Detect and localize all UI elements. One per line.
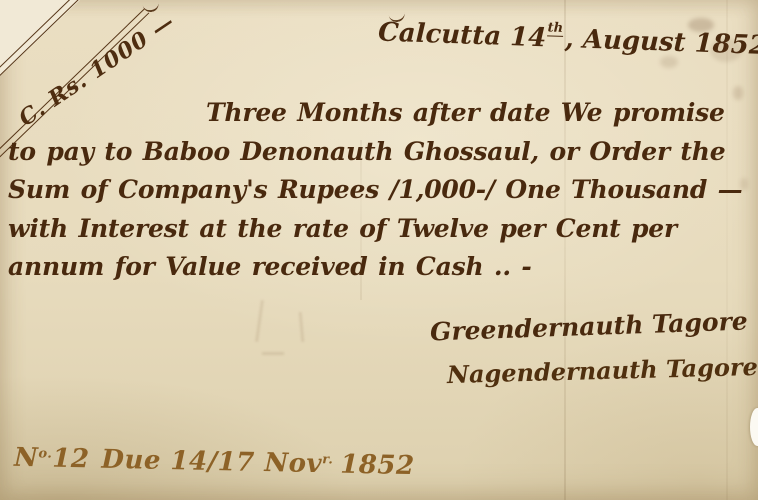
paper-crease: [360, 140, 362, 300]
paper-edge-tear: [750, 408, 758, 446]
ink-smudge: [740, 178, 748, 190]
memo-number-prefix: N: [14, 443, 39, 474]
paper-crease: [726, 0, 728, 500]
memo-due-year: 1852: [340, 450, 415, 482]
dateline-place-day: Calcutta 14: [378, 17, 547, 53]
note-body: Three Months after date We promise to pa…: [8, 94, 756, 287]
memo-due-text: Due 14/17 Nov: [101, 445, 322, 480]
ink-smudge: [660, 56, 678, 68]
ink-smudge: [733, 86, 743, 100]
memo-number-sup: o.: [38, 446, 52, 461]
ink-smudge: [688, 18, 714, 32]
signature-first: Greendernauth Tagore: [430, 306, 749, 346]
ink-bleedthrough: [255, 300, 264, 342]
memo-number-value: 12: [52, 444, 90, 475]
body-line-3: Sum of Company's Rupees /1,000-/ One Tho…: [8, 171, 756, 210]
paper-crease: [564, 0, 566, 500]
body-line-1: Three Months after date We promise: [8, 94, 756, 133]
ink-bleedthrough: [299, 312, 305, 342]
body-line-2: to pay to Baboo Denonauth Ghossaul, or O…: [8, 133, 756, 172]
body-line-5: annum for Value received in Cash .. -: [8, 248, 756, 287]
memo-due-sup: r.: [322, 452, 333, 467]
signature-second: Nagendernauth Tagore: [447, 352, 758, 389]
dateline-ordinal: th: [547, 20, 563, 37]
body-line-4: with Interest at the rate of Twelve per …: [8, 210, 756, 249]
promissory-note-document: C. Rs. 1000 — Calcutta 14th, August 1852…: [0, 0, 758, 500]
ink-bleedthrough: [262, 352, 284, 355]
footer-memo: No.12Due 14/17 Novr.1852: [14, 443, 415, 481]
